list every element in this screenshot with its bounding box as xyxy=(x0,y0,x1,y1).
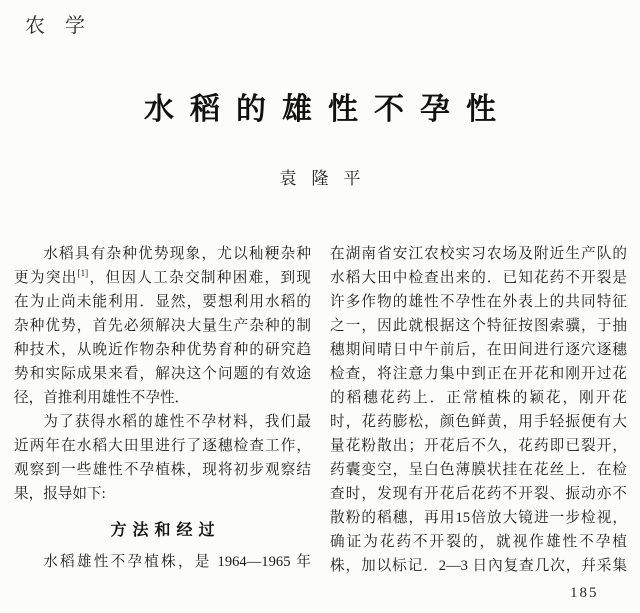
right-column: 在湖南省安江农校实习农场及附近生产队的水稻大田中检查出来的．已知花药不开裂是许多… xyxy=(330,242,627,578)
text-line: 药囊变空，呈白色薄膜状挂在花丝上．在检 xyxy=(330,458,627,482)
text-line: 在湖南省安江农校实习农场及附近生产队的 xyxy=(330,242,627,266)
text-line: 时，花药膨松，颜色鲜黄，用手轻振便有大 xyxy=(330,410,627,434)
text-line: 确证为花药不开裂的，就视作雄性不孕植 xyxy=(330,530,627,554)
text-line: 的稻穗花药上．正常植株的颖花，刚开花 xyxy=(330,386,627,410)
section-heading: 方法和经过 xyxy=(14,518,311,542)
text-line: 水稻大田中检查出来的．已知花药不开裂是 xyxy=(330,266,627,290)
text-line: 更为突出[1]，但因人工杂交制种困难，到现 xyxy=(14,266,311,290)
text-line: 查时，发现有开花后花药不开裂、振动亦不 xyxy=(330,482,627,506)
text-line: 果，报导如下: xyxy=(14,482,311,506)
text-line: 检查，将注意力集中到正在开花和刚开过花 xyxy=(330,362,627,386)
page-number: 185 xyxy=(570,585,599,602)
text-line: 近两年在水稻大田里进行了逐穗检查工作， xyxy=(14,434,311,458)
text-line: 为了获得水稻的雄性不孕材料，我们最 xyxy=(14,410,311,434)
two-column-body: 水稻具有杂种优势现象，尤以秈粳杂种更为突出[1]，但因人工杂交制种困难，到现在为… xyxy=(14,242,627,578)
author-name: 袁隆平 xyxy=(0,164,640,189)
text-line: 观察到一些雄性不孕植株，现将初步观察结 xyxy=(14,458,311,482)
text-line: 株，加以标记．2—3 日內复查几次，幷采集 xyxy=(330,554,627,578)
journal-section-label: 农 学 xyxy=(25,9,85,38)
text-line: 种技术，从晚近作物杂种优势育种的研究趋 xyxy=(14,338,311,362)
text-line: 之一，因此就根据这个特征按图索骥，于抽 xyxy=(330,314,627,338)
scanned-paper-page: 农 学 水稻的雄性不孕性 袁隆平 水稻具有杂种优势现象，尤以秈粳杂种更为突出[1… xyxy=(0,0,640,613)
text-line: 水稻雄性不孕植株，是 1964—1965 年 xyxy=(14,550,311,574)
text-line: 水稻具有杂种优势现象，尤以秈粳杂种 xyxy=(14,242,311,266)
text-line: 势和实际成果来看，解决这个问题的有效途 xyxy=(14,362,311,386)
text-line: 许多作物的雄性不孕性在外表上的共同特征 xyxy=(330,290,627,314)
paper-title: 水稻的雄性不孕性 xyxy=(0,84,640,128)
text-line: 散粉的稻穗，再用15倍放大镜进一步检视， xyxy=(330,506,627,530)
text-line: 径，首推利用雄性不孕性． xyxy=(14,386,311,410)
text-line: 杂种优势，首先必须解决大量生产杂种的制 xyxy=(14,314,311,338)
text-line: 在为止尚未能利用．显然，要想利用水稻的 xyxy=(14,290,311,314)
text-line: 量花粉散出；开花后不久，花药即已裂开， xyxy=(330,434,627,458)
text-line: 穗期间晴日中午前后，在田间进行逐穴逐穗 xyxy=(330,338,627,362)
left-column: 水稻具有杂种优势现象，尤以秈粳杂种更为突出[1]，但因人工杂交制种困难，到现在为… xyxy=(14,242,311,578)
footnote-reference: [1] xyxy=(78,268,89,278)
